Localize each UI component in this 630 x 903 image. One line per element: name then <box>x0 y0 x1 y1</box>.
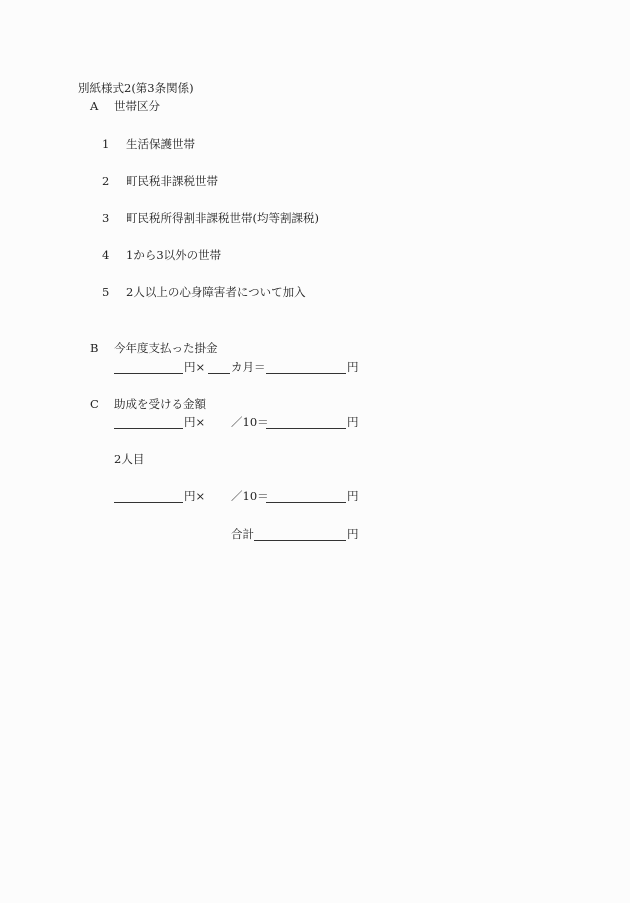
section-c-label: 助成を受ける金額 <box>114 397 206 411</box>
item-number: 4 <box>102 248 109 262</box>
item-text: 生活保護世帯 <box>126 137 195 151</box>
yen-times-text: 円× <box>184 415 205 429</box>
item-text: 町民税非課税世帯 <box>126 174 218 188</box>
item-text: 2人以上の心身障害者について加入 <box>126 285 306 299</box>
yen-times-text: 円× <box>184 360 205 374</box>
ratio-numerator-blank[interactable] <box>210 428 228 429</box>
section-b-letter: B <box>90 341 98 355</box>
yen-text: 円 <box>347 489 359 503</box>
yen-text: 円 <box>347 415 359 429</box>
section-c-letter: C <box>90 397 99 411</box>
section-a-label: 世帯区分 <box>114 99 160 113</box>
section-b-label: 今年度支払った掛金 <box>114 341 218 355</box>
yen-text: 円 <box>347 360 359 374</box>
item-number: 1 <box>102 137 109 151</box>
item-number: 5 <box>102 285 109 299</box>
yen-times-text: 円× <box>184 489 205 503</box>
subsidy-amount-blank[interactable] <box>266 428 346 429</box>
total-amount-blank[interactable] <box>254 540 346 541</box>
item-text: 1から3以外の世帯 <box>126 248 221 262</box>
item-number: 3 <box>102 211 109 225</box>
section-a-letter: A <box>90 99 98 113</box>
second-subsidy-base-blank[interactable] <box>114 502 183 503</box>
second-subsidy-amount-blank[interactable] <box>266 502 346 503</box>
second-person-label: 2人目 <box>114 452 144 466</box>
total-label: 合計 <box>231 527 254 541</box>
item-number: 2 <box>102 174 109 188</box>
item-text: 町民税所得割非課税世帯(均等割課税) <box>126 211 319 225</box>
months-blank[interactable] <box>208 373 230 374</box>
second-ratio-numerator-blank[interactable] <box>210 502 228 503</box>
document-page: 別紙様式2(第3条関係) A 世帯区分 1 生活保護世帯 2 町民税非課税世帯 … <box>0 0 630 903</box>
premium-total-blank[interactable] <box>266 373 346 374</box>
per-ten-equals-text: ／10＝ <box>231 489 269 503</box>
yen-text: 円 <box>347 527 359 541</box>
form-title: 別紙様式2(第3条関係) <box>78 81 194 95</box>
per-ten-equals-text: ／10＝ <box>231 415 269 429</box>
subsidy-base-blank[interactable] <box>114 428 183 429</box>
months-equals-text: カ月＝ <box>231 360 266 374</box>
premium-amount-blank[interactable] <box>114 373 183 374</box>
